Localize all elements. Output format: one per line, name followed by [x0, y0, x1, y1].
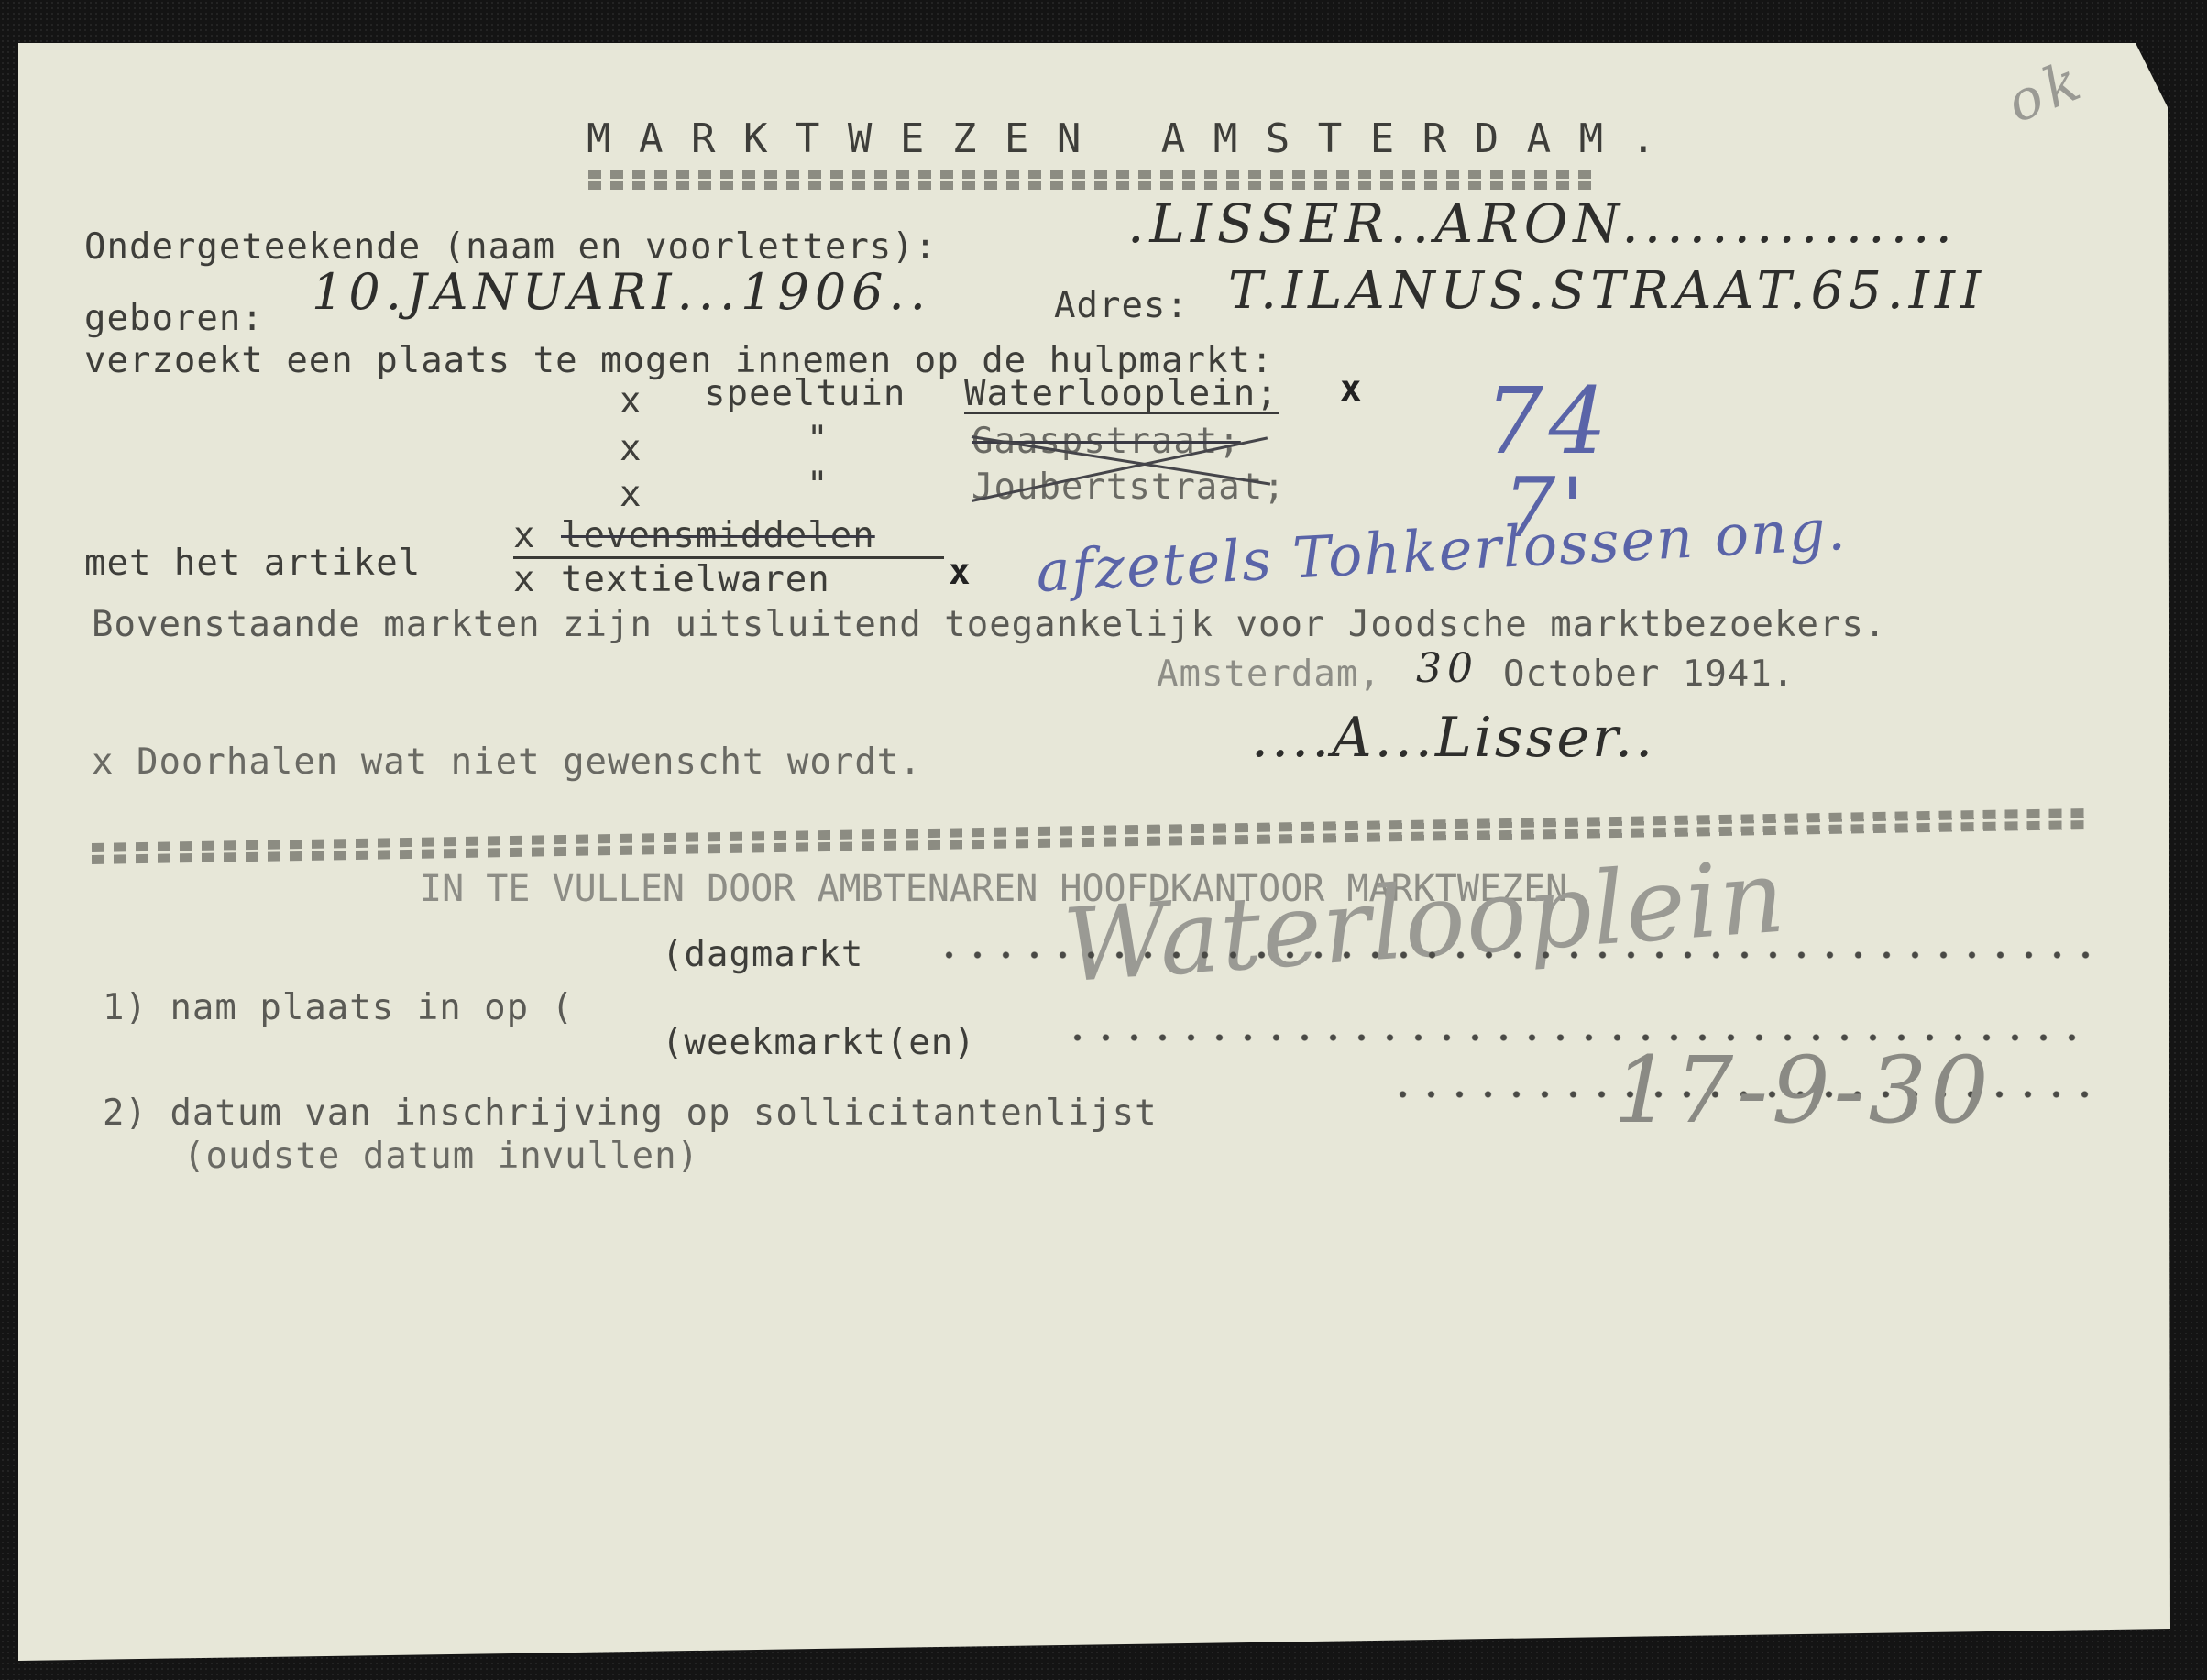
signature: ....A...Lisser.. [1251, 710, 1655, 765]
market-prefix-2: " [807, 422, 829, 457]
article-label: met het artikel [84, 545, 421, 581]
market-selected-x-icon: x [1340, 371, 1362, 407]
title-double-underline-2 [588, 181, 1597, 190]
market-marker-3: x [620, 477, 642, 512]
market-marker-2: x [620, 431, 642, 467]
article-selected-x-icon: x [949, 555, 971, 590]
birth-label: geboren: [84, 301, 264, 336]
address-value: T.ILANUS.STRAAT.65.III [1228, 266, 1986, 317]
article-marker-2: x [513, 562, 535, 598]
article-marker-1: x [513, 518, 535, 554]
dagmarkt-label: (dagmarkt [662, 937, 863, 972]
title-double-underline [588, 170, 1597, 179]
item2-label: 2) datum van inschrijving op sollicitant… [103, 1095, 1158, 1131]
market-prefix-1: speeltuin [704, 376, 906, 412]
article-levensmiddelen: levensmiddelen [561, 518, 875, 554]
weekmarkt-label: (weekmarkt(en) [662, 1025, 976, 1060]
market-prefix-3: " [807, 467, 829, 503]
item1-label: 1) nam plaats in op ( [103, 990, 574, 1026]
footnote-text: x Doorhalen wat niet gewenscht wordt. [92, 744, 922, 780]
market-waterlooplein: Waterlooplein; [964, 376, 1279, 414]
blue-number-74: 74 [1485, 376, 1612, 467]
market-joubertstraat: Joubertstraat; [972, 469, 1286, 505]
date-day: 30 [1416, 649, 1478, 689]
registration-date: 17-9-30 [1613, 1045, 1993, 1136]
market-marker-1: x [620, 383, 642, 419]
date-month-year: October 1941. [1503, 656, 1795, 692]
article-textielwaren: textielwaren [561, 562, 830, 598]
birth-value: 10.JANUARI...1906.. [312, 268, 931, 317]
notice-text: Bovenstaande markten zijn uitsluitend to… [92, 607, 1886, 642]
address-label: Adres: [1054, 288, 1189, 324]
place-label: Amsterdam, [1157, 656, 1381, 692]
dagmarkt-fill-dots [935, 951, 2090, 959]
item2-sub: (oudste datum invullen) [183, 1138, 699, 1174]
name-value: .LISSER..ARON............... [1127, 197, 1958, 250]
document-title: M A R K T W E Z E N A M S T E R D A M . [587, 119, 1657, 159]
name-label: Ondergeteekende (naam en voorletters): [84, 229, 937, 265]
